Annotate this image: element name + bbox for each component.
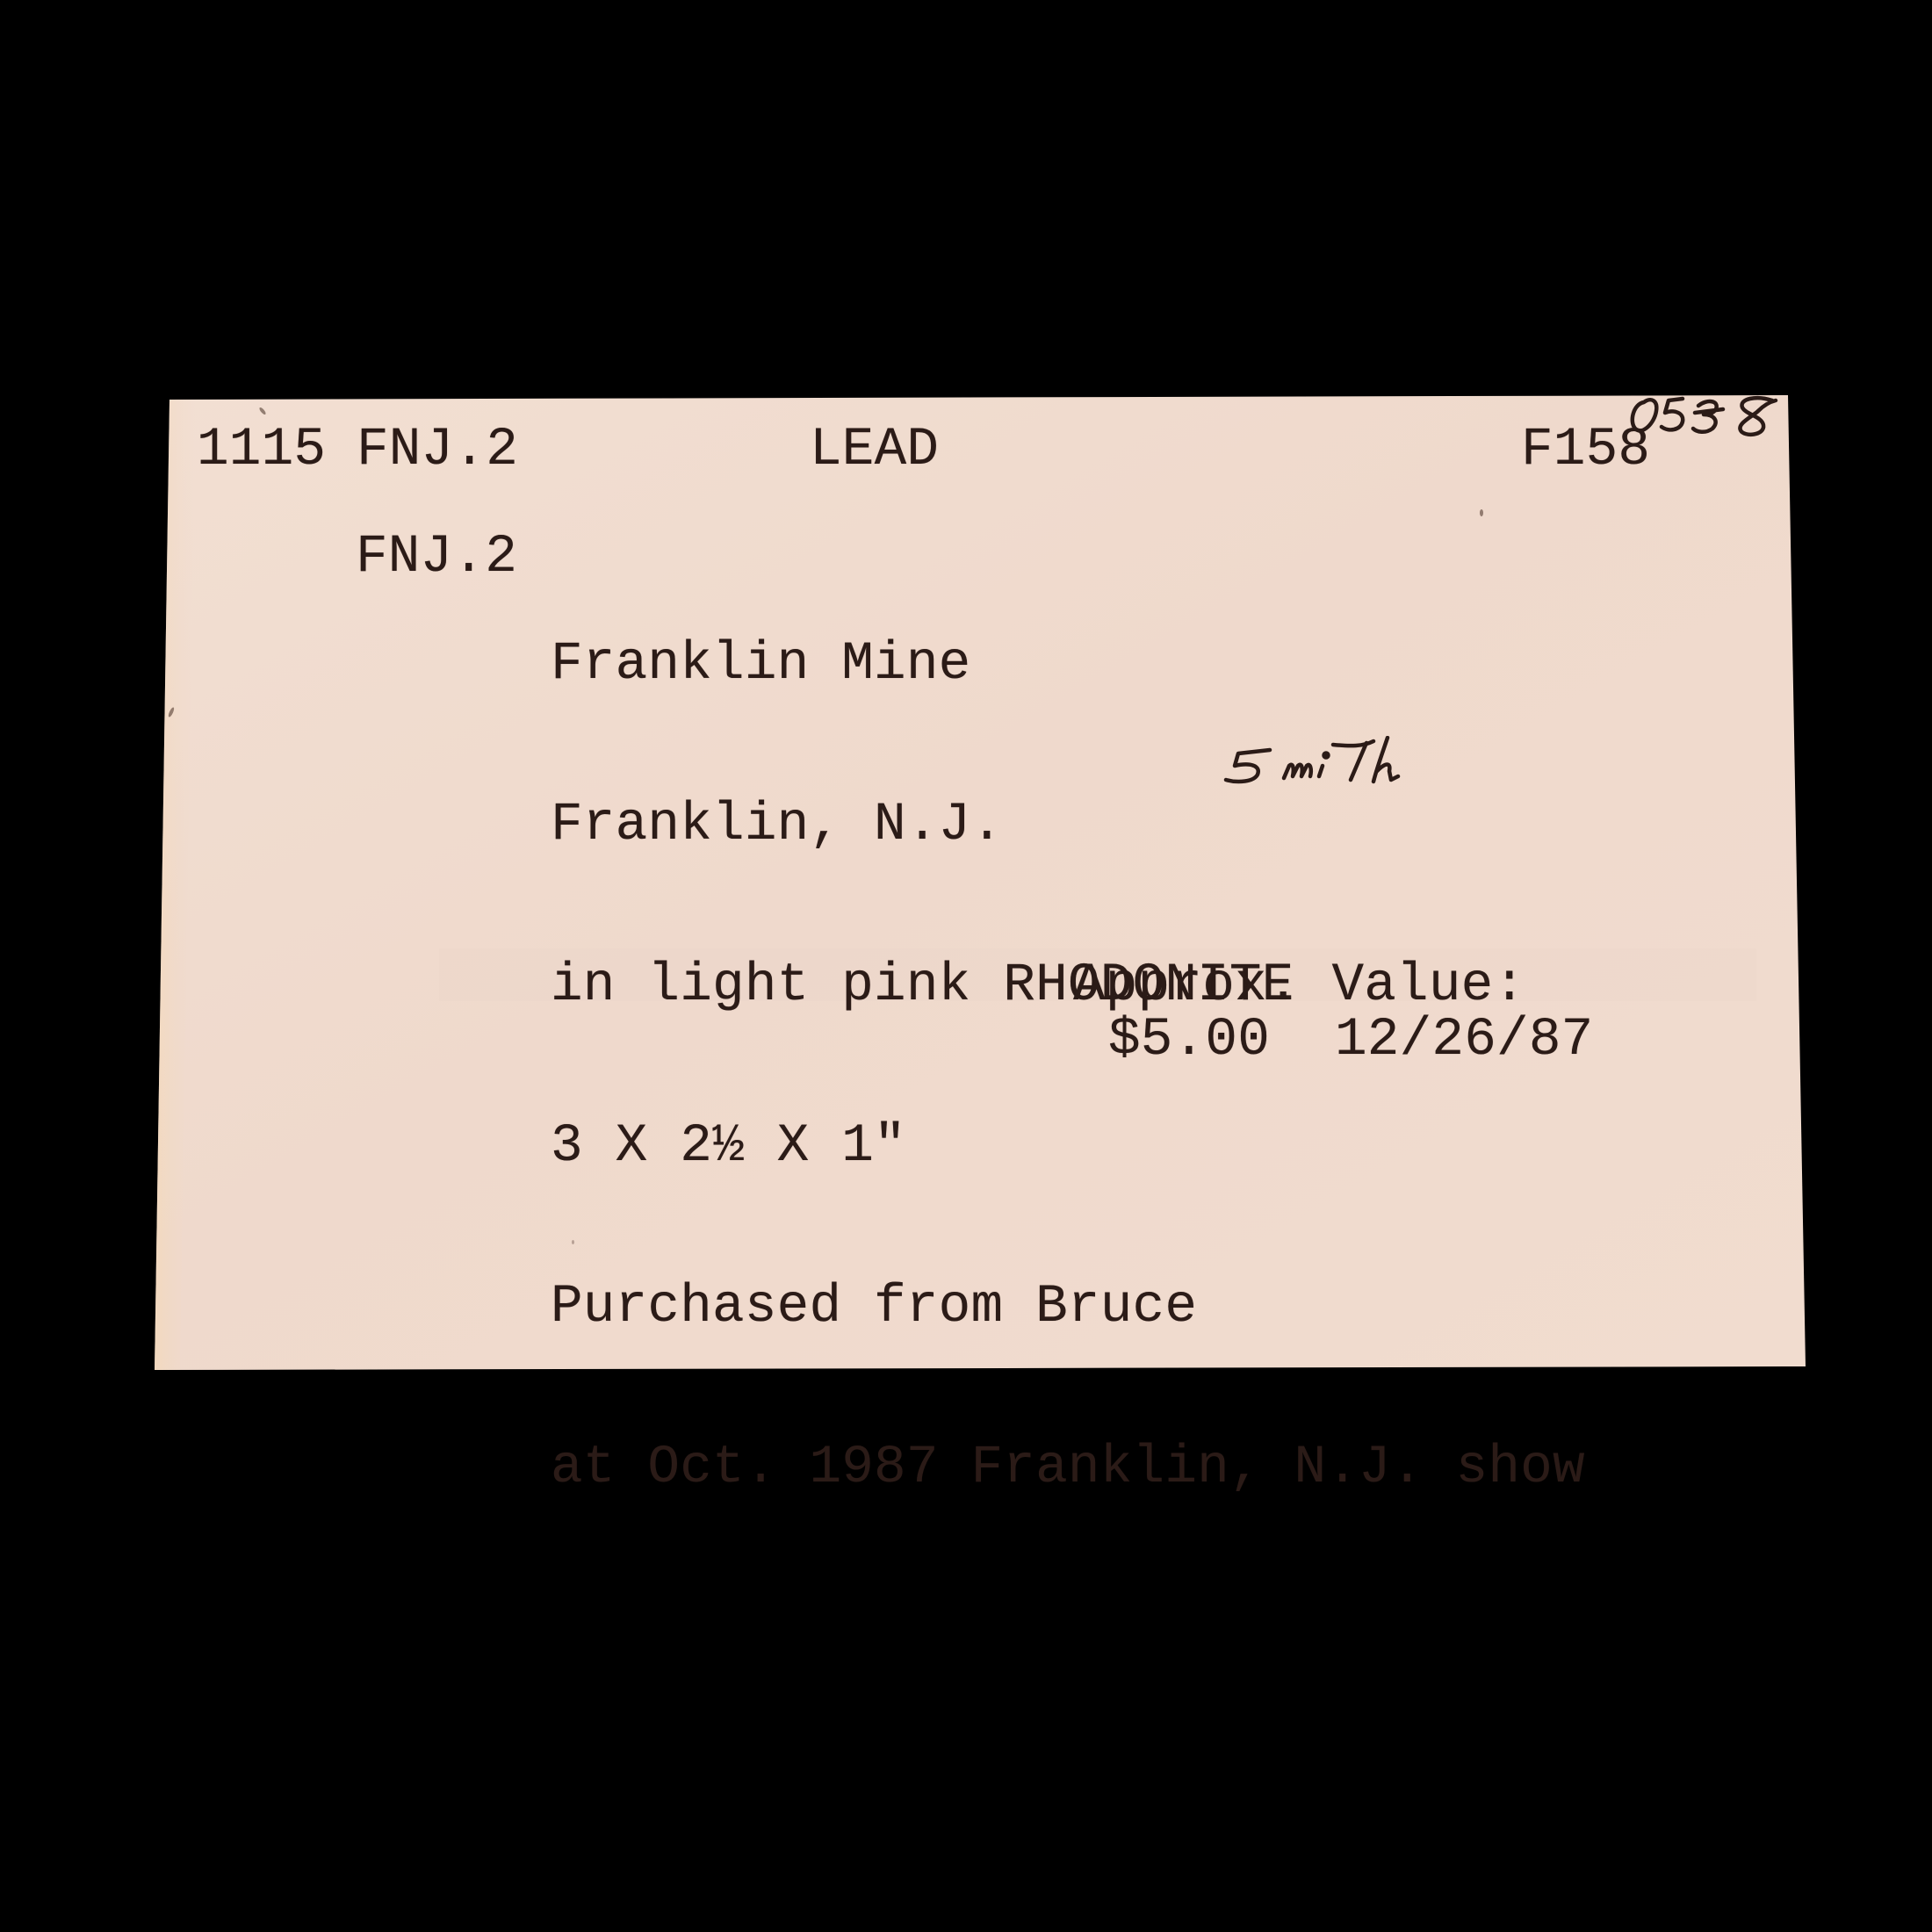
valuation-date: 12/26/87 [1335, 1013, 1593, 1067]
valuation-amount: $5.00 [1108, 1013, 1270, 1067]
header-catalog-number: 1115 [197, 423, 326, 477]
header-locality-code: FNJ.2 [357, 423, 518, 477]
valuation-label: Approx. Value: [1073, 959, 1525, 1013]
handwritten-surname-smith [1219, 736, 1421, 797]
body-line-location: Franklin, N.J. [551, 798, 1585, 852]
handwritten-number-0538 [1625, 386, 1783, 448]
body-line-mine: Franklin Mine [551, 638, 1585, 691]
header-mineral-title: LEAD [810, 423, 939, 477]
body-locality-code: FNJ.2 [356, 530, 517, 584]
paper-speck [1480, 509, 1483, 516]
specimen-index-card: 1115 FNJ.2 LEAD F158 FNJ.2 Franklin Mine… [0, 0, 1932, 1932]
body-line-purchased-from: Purchased from Bruce [551, 1280, 1585, 1334]
body-line-show: at Oct. 1987 Franklin, N.J. show [551, 1441, 1585, 1495]
body-line-dimensions: 3 X 2½ X 1" [551, 1120, 1585, 1173]
